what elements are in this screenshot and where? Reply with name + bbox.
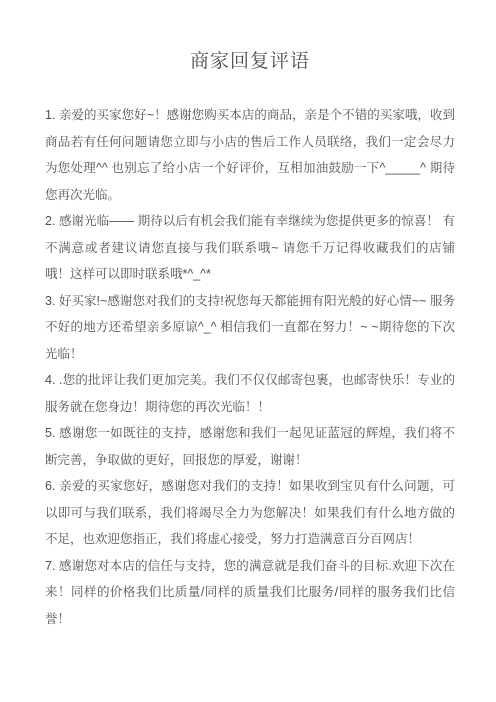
reply-paragraph-3: 3. 好买家!~感谢您对我们的支持!祝您每天都能拥有阳光般的好心情~~ 服务不好… bbox=[45, 288, 455, 368]
page-title: 商家回复评语 bbox=[45, 48, 455, 76]
reply-paragraph-1: 1. 亲爱的买家您好~！感谢您购买本店的商品，亲是个不错的买家哦，收到商品若有任… bbox=[45, 102, 455, 208]
reply-paragraph-4: 4. .您的批评让我们更加完美。我们不仅仅邮寄包裹，也邮寄快乐！专业的服务就在您… bbox=[45, 367, 455, 420]
reply-paragraph-7: 7. 感谢您对本店的信任与支持，您的满意就是我们奋斗的目标.欢迎下次在来！同样的… bbox=[45, 553, 455, 633]
document-page: 商家回复评语 1. 亲爱的买家您好~！感谢您购买本店的商品，亲是个不错的买家哦，… bbox=[0, 0, 496, 702]
reply-list: 1. 亲爱的买家您好~！感谢您购买本店的商品，亲是个不错的买家哦，收到商品若有任… bbox=[45, 102, 455, 632]
reply-paragraph-6: 6. 亲爱的买家您好，感谢您对我们的支持！如果收到宝贝有什么问题，可以即可与我们… bbox=[45, 473, 455, 553]
reply-paragraph-5: 5. 感谢您一如既往的支持，感谢您和我们一起见证蓝冠的辉煌，我们将不断完善，争取… bbox=[45, 420, 455, 473]
reply-paragraph-2: 2. 感谢光临—— 期待以后有机会我们能有幸继续为您提供更多的惊喜！ 有不满意或… bbox=[45, 208, 455, 288]
